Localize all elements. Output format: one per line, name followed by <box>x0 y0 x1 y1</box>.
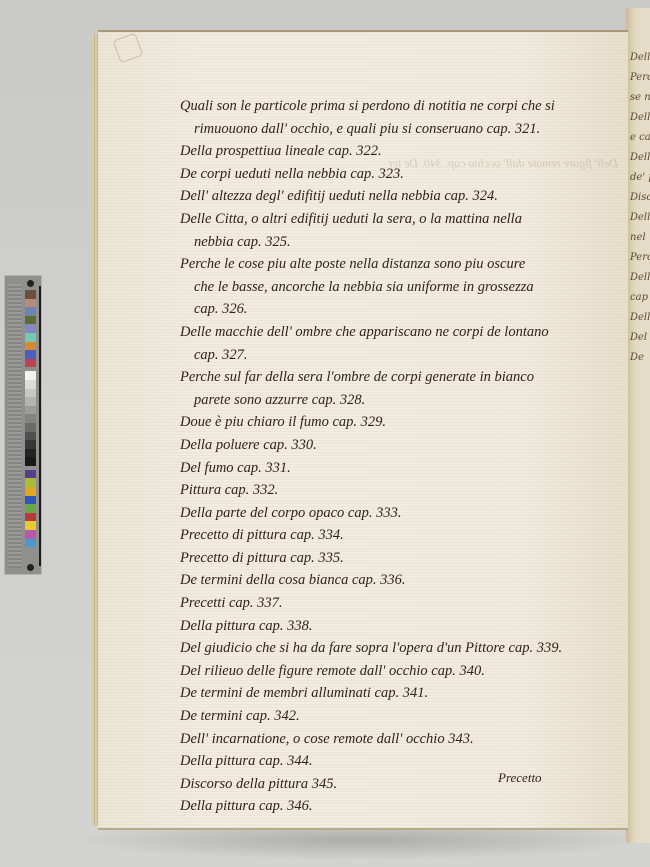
index-entry: Delle macchie dell' ombre che appariscan… <box>180 321 620 344</box>
corner-stamp <box>113 33 144 64</box>
color-swatch <box>25 307 36 316</box>
index-entry: Perche sul far della sera l'ombre de cor… <box>180 366 620 389</box>
color-swatch <box>25 299 36 308</box>
color-swatch <box>25 371 36 380</box>
index-entry: Della poluere cap. 330. <box>180 434 620 457</box>
index-entry: Precetti cap. 337. <box>180 592 620 615</box>
index-entry: Doue è piu chiaro il fumo cap. 329. <box>180 411 620 434</box>
index-entry: Quali son le particole prima si perdono … <box>180 95 620 118</box>
color-swatch <box>25 389 36 398</box>
scale-bar <box>39 286 41 566</box>
index-entry: Del rilieuo delle figure remote dall' oc… <box>180 660 620 683</box>
color-swatch <box>25 513 36 522</box>
index-entry: cap. 326. <box>180 298 620 321</box>
index-entry: Precetto di pittura cap. 335. <box>180 547 620 570</box>
color-swatch <box>25 397 36 406</box>
index-entry: Del fumo cap. 331. <box>180 457 620 480</box>
index-entry: Dell' incarnatione, o cose remote dall' … <box>180 728 620 751</box>
index-entry: Della prospettiua lineale cap. 322. <box>180 140 620 163</box>
color-swatch <box>25 449 36 458</box>
color-swatch <box>25 342 36 351</box>
scale-ticks <box>8 284 22 568</box>
color-swatch <box>25 350 36 359</box>
color-swatch <box>25 432 36 441</box>
index-entry: Della pittura cap. 338. <box>180 615 620 638</box>
color-swatch <box>25 406 36 415</box>
color-swatch <box>25 478 36 487</box>
color-swatch <box>25 521 36 530</box>
color-swatch <box>25 496 36 505</box>
color-swatch <box>25 316 36 325</box>
index-entry: nebbia cap. 325. <box>180 231 620 254</box>
color-swatch <box>25 440 36 449</box>
color-swatch <box>25 530 36 539</box>
color-swatch <box>25 423 36 432</box>
manuscript-book: Dell' figure remote dall' occhio cap. 34… <box>92 30 637 830</box>
index-entry: Della pittura cap. 346. <box>180 795 620 818</box>
chapter-index-list: Quali son le particole prima si perdono … <box>180 95 620 818</box>
index-entry: De corpi ueduti nella nebbia cap. 323. <box>180 163 620 186</box>
color-swatch <box>25 324 36 333</box>
index-entry: parete sono azzurre cap. 328. <box>180 389 620 412</box>
index-entry: Della parte del corpo opaco cap. 333. <box>180 502 620 525</box>
index-entry: Pittura cap. 332. <box>180 479 620 502</box>
color-swatch <box>25 333 36 342</box>
color-swatches <box>25 290 36 547</box>
index-entry: Discorso della pittura 345. <box>180 773 620 796</box>
index-entry: Delle Citta, o altri edifitij ueduti la … <box>180 208 620 231</box>
index-entry: Del giudicio che si ha da fare sopra l'o… <box>180 637 620 660</box>
index-entry: rimuouono dall' occhio, e quali piu si c… <box>180 118 620 141</box>
color-checker-strip <box>4 275 42 575</box>
index-entry: Dell' altezza degl' edifitij ueduti nell… <box>180 185 620 208</box>
color-swatch <box>25 457 36 466</box>
index-entry: Della pittura cap. 344. <box>180 750 620 773</box>
index-entry: Perche le cose piu alte poste nella dist… <box>180 253 620 276</box>
color-swatch <box>25 290 36 299</box>
color-swatch <box>25 487 36 496</box>
index-entry: cap. 327. <box>180 344 620 367</box>
color-swatch <box>25 504 36 513</box>
index-entry: De termini de membri alluminati cap. 341… <box>180 682 620 705</box>
color-swatch <box>25 539 36 548</box>
manuscript-page: Dell' figure remote dall' occhio cap. 34… <box>98 30 628 830</box>
registration-dot <box>27 280 34 287</box>
catchword: Precetto <box>498 770 542 786</box>
color-swatch <box>25 380 36 389</box>
index-entry: che le basse, ancorche la nebbia sia uni… <box>180 276 620 299</box>
index-entry: De termini della cosa bianca cap. 336. <box>180 569 620 592</box>
color-swatch <box>25 359 36 368</box>
index-entry: Precetto di pittura cap. 334. <box>180 524 620 547</box>
color-swatch <box>25 414 36 423</box>
registration-dot <box>27 564 34 571</box>
color-swatch <box>25 470 36 479</box>
index-entry: De termini cap. 342. <box>180 705 620 728</box>
